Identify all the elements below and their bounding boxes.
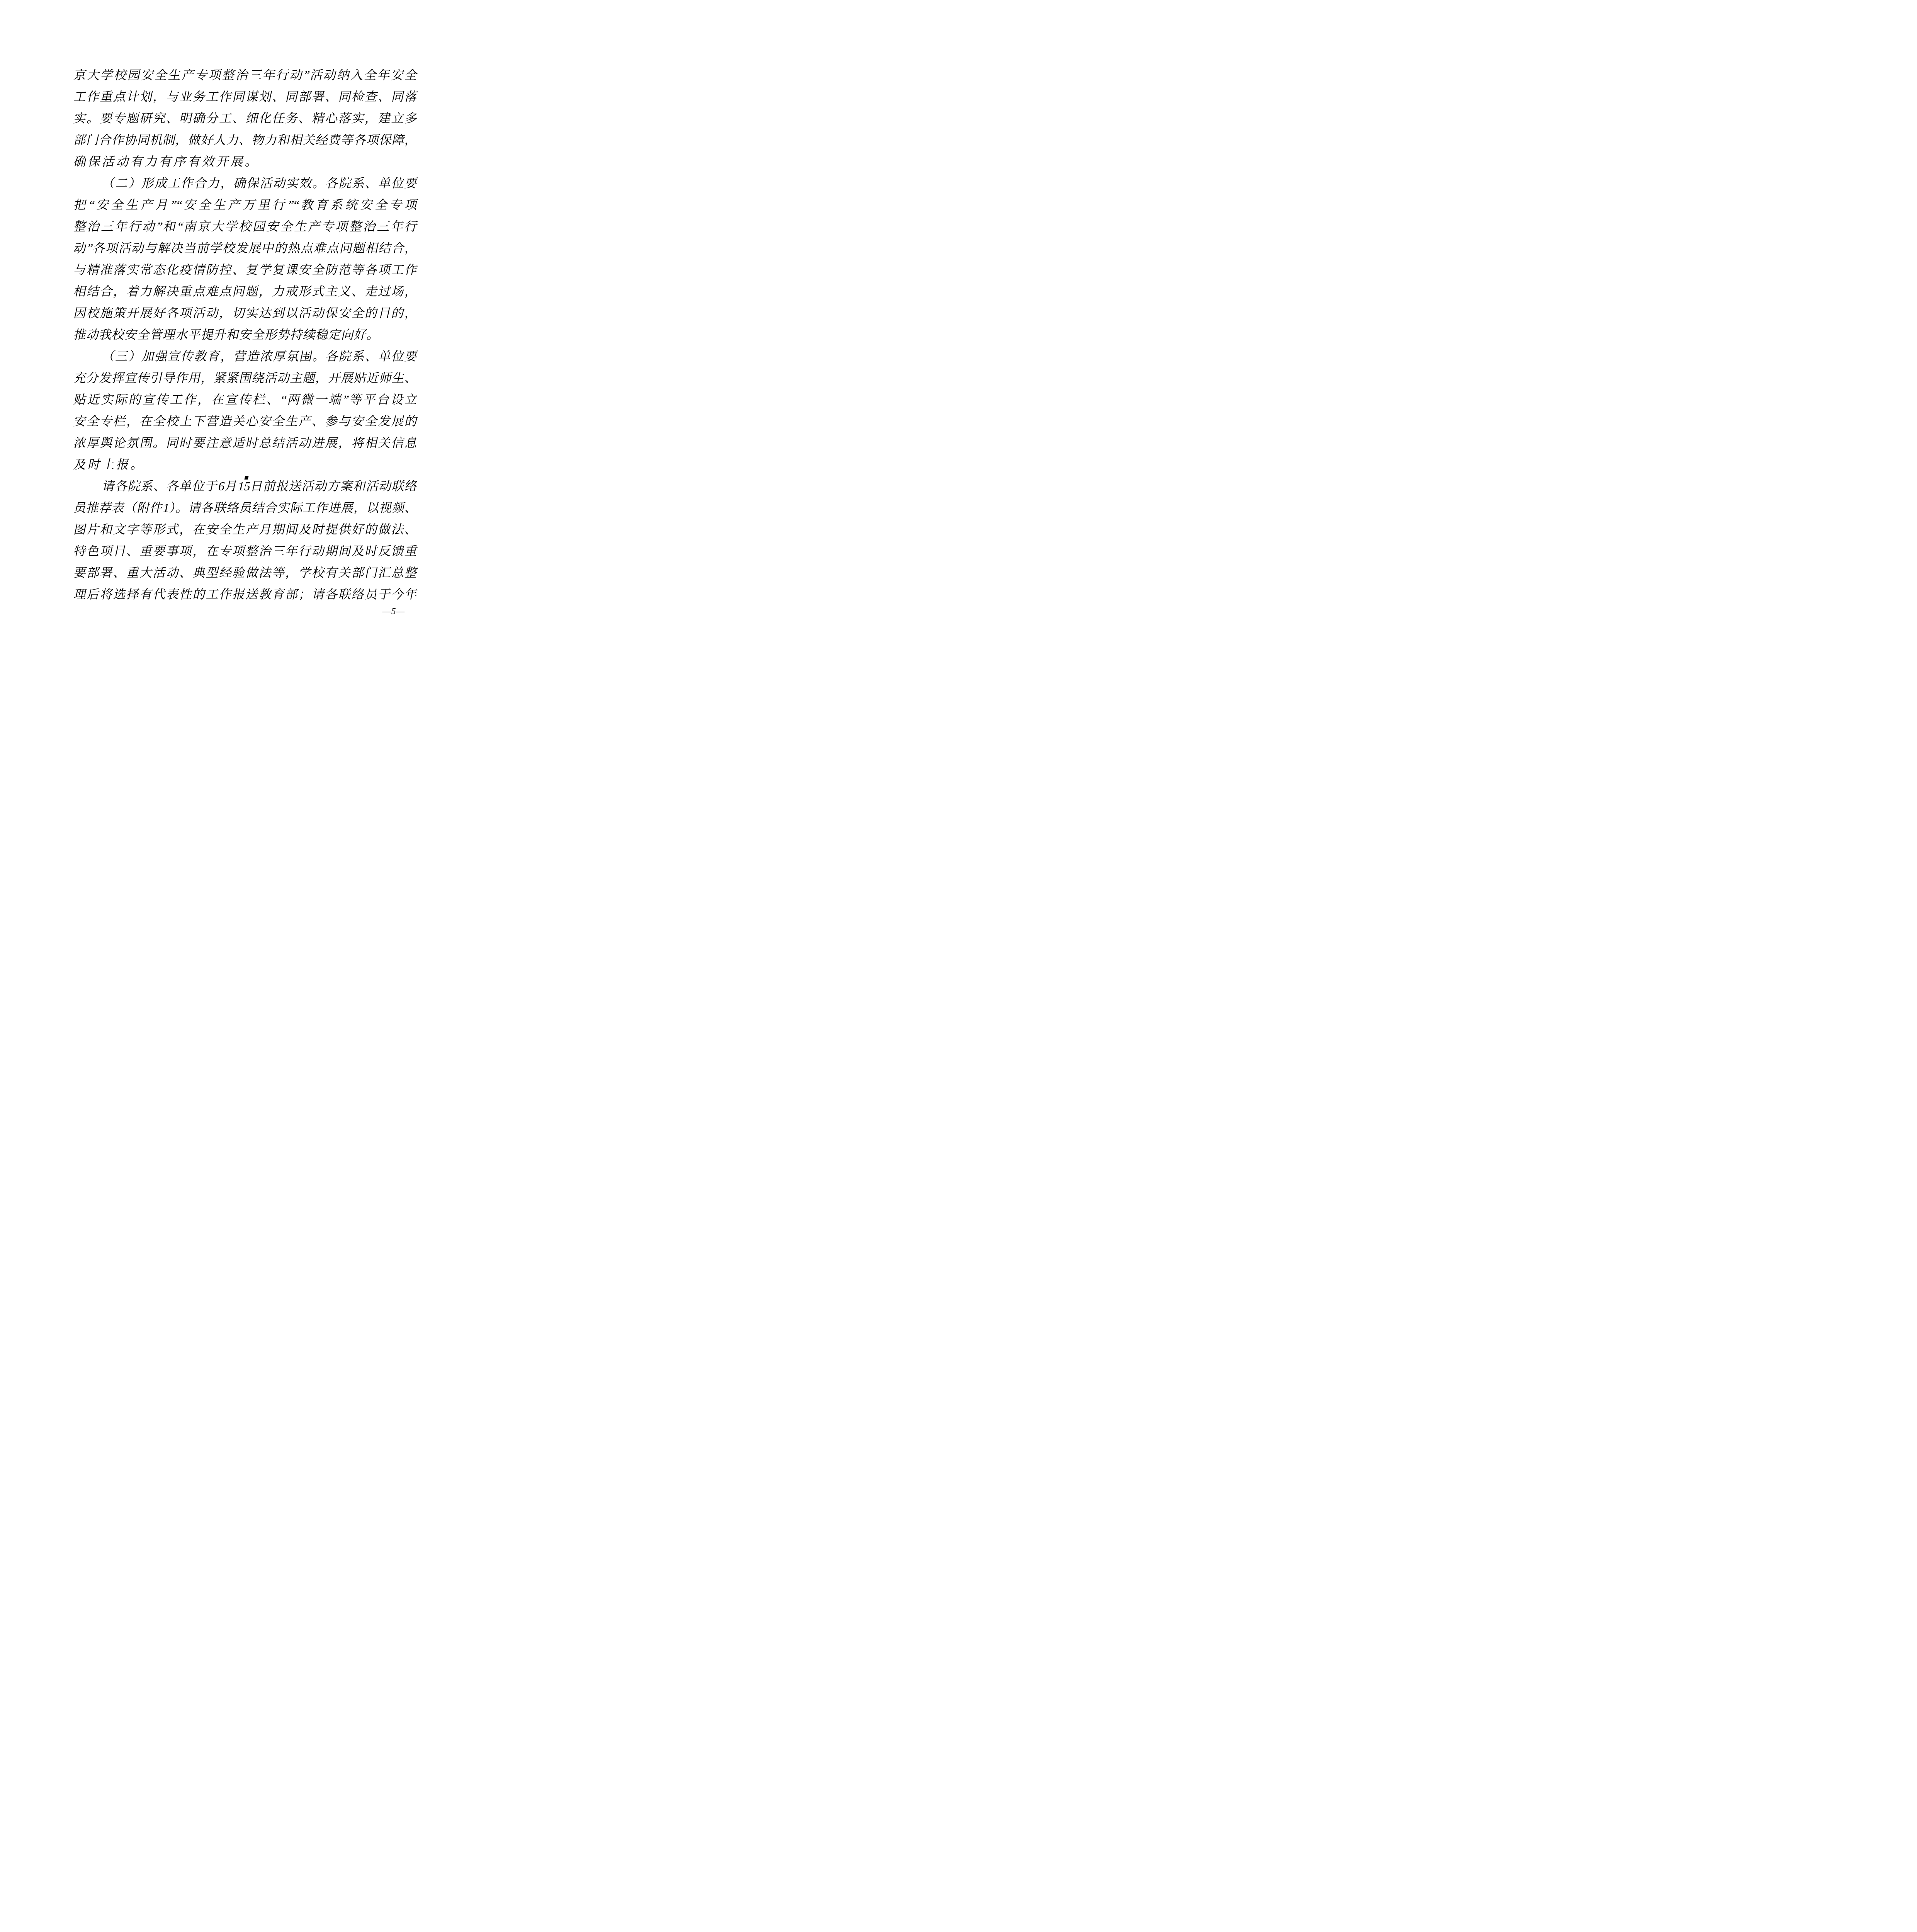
text-line: 推动我校安全管理水平提升和安全形势持续稳定向好。 xyxy=(72,324,420,345)
text-line: 京大学校园安全生产专项整治三年行动”活动纳入全年安全 xyxy=(72,64,420,86)
text-line: 浓厚舆论氛围。同时要注意适时总结活动进展，将相关信息 xyxy=(72,432,420,454)
body-text: 京大学校园安全生产专项整治三年行动”活动纳入全年安全 工作重点计划，与业务工作同… xyxy=(72,64,415,605)
text-line: 图片和文字等形式，在安全生产月期间及时提供好的做法、 xyxy=(72,519,420,540)
text-line: 安全专栏，在全校上下营造关心安全生产、参与安全发展的 xyxy=(72,410,420,432)
text-line: 贴近实际的宣传工作，在宣传栏、“两微一端”等平台设立 xyxy=(72,389,420,410)
scan-ink-blot xyxy=(245,476,249,480)
text-line: 要部署、重大活动、典型经验做法等，学校有关部门汇总整 xyxy=(72,562,420,583)
text-line: 相结合，着力解决重点难点问题，力戒形式主义、走过场， xyxy=(72,281,420,302)
text-line: 把“安全生产月”“安全生产万里行”“教育系统安全专项 xyxy=(72,194,420,216)
text-line: 动”各项活动与解决当前学校发展中的热点难点问题相结合， xyxy=(72,237,420,259)
text-line: 充分发挥宣传引导作用，紧紧围绕活动主题，开展贴近师生、 xyxy=(72,367,420,389)
text-line-deadline: 请各院系、各单位于6月15日前报送活动方案和活动联络 xyxy=(72,475,420,497)
page-number: —5— xyxy=(382,606,406,617)
text-line: 与精准落实常态化疫情防控、复学复课安全防范等各项工作 xyxy=(72,259,420,281)
text-line-section-3-heading: （三）加强宣传教育，营造浓厚氛围。各院系、单位要 xyxy=(72,345,420,367)
text-line: 实。要专题研究、明确分工、细化任务、精心落实，建立多 xyxy=(72,107,420,129)
text-line: 特色项目、重要事项，在专项整治三年行动期间及时反馈重 xyxy=(72,540,420,562)
text-line: 整治三年行动”和“南京大学校园安全生产专项整治三年行 xyxy=(72,216,420,237)
text-line: 工作重点计划，与业务工作同谋划、同部署、同检查、同落 xyxy=(72,86,420,107)
document-page: 京大学校园安全生产专项整治三年行动”活动纳入全年安全 工作重点计划，与业务工作同… xyxy=(0,0,479,678)
text-line: 确保活动有力有序有效开展。 xyxy=(72,151,420,172)
text-line: 及时上报。 xyxy=(72,454,420,475)
text-line: 理后将选择有代表性的工作报送教育部；请各联络员于今年 xyxy=(72,583,420,605)
text-line: 部门合作协同机制，做好人力、物力和相关经费等各项保障， xyxy=(72,129,420,151)
text-line: 员推荐表（附件1）。请各联络员结合实际工作进展，以视频、 xyxy=(72,497,420,519)
text-line-section-2-heading: （二）形成工作合力，确保活动实效。各院系、单位要 xyxy=(72,172,420,194)
text-line: 因校施策开展好各项活动，切实达到以活动保安全的目的， xyxy=(72,302,420,324)
